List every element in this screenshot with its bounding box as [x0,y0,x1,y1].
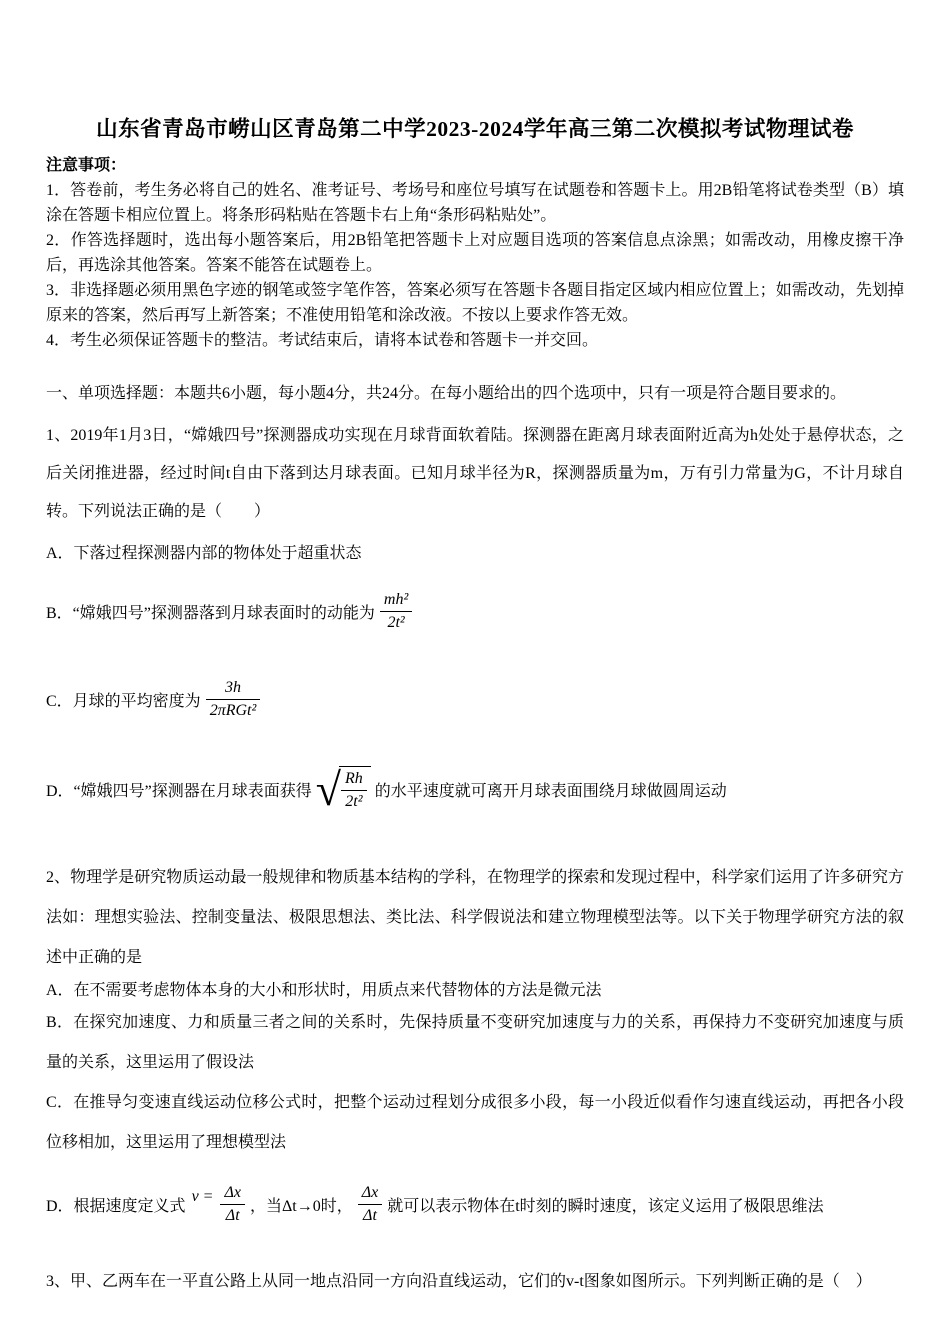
q2-option-d-suffix: 就可以表示物体在t时刻的瞬时速度，该定义运用了极限思维法 [387,1193,823,1216]
q2-option-c: C．在推导匀变速直线运动位移公式时，把整个运动过程划分成很多小段，每一小段近似看… [46,1083,904,1163]
question-3-stem: 3、甲、乙两车在一平直公路上从同一地点沿同一方向沿直线运动，它们的v-t图象如图… [46,1269,904,1295]
q1-option-a: A．下落过程探测器内部的物体处于超重状态 [46,541,904,566]
fraction-denominator: 2t² [380,612,412,633]
fraction-denominator: Δt [358,1205,383,1226]
q1-option-d-suffix: 的水平速度就可离开月球表面围绕月球做圆周运动 [375,778,727,801]
q1-option-b-text: B．“嫦娥四号”探测器落到月球表面时的动能为 [46,600,375,623]
notice-item-4: 4．考生必须保证答题卡的整洁。考试结束后，请将本试卷和答题卡一并交回。 [46,328,904,353]
page-title: 山东省青岛市崂山区青岛第二中学2023-2024学年高三第二次模拟考试物理试卷 [46,0,904,143]
fraction-denominator: Δt [220,1205,245,1226]
question-2-stem: 2、物理学是研究物质运动最一般规律和物质基本结构的学科，在物理学的探索和发现过程… [46,858,904,978]
velocity-definition-lhs: v = [192,1188,214,1206]
exam-paper-page: 山东省青岛市崂山区青岛第二中学2023-2024学年高三第二次模拟考试物理试卷 … [0,0,950,1344]
q2-option-d: D．根据速度定义式 v = Δx Δt ，当Δt→0时， Δx Δt 就可以表示… [46,1175,904,1233]
question-1-stem: 1、2019年1月3日，“嫦娥四号”探测器成功实现在月球背面软着陆。探测器在距离… [46,417,904,531]
fraction-denominator: 2πRGt² [206,700,261,721]
fraction-denominator: 2t² [341,791,367,812]
fraction-numerator: mh² [380,590,412,612]
question-1: 1、2019年1月3日，“嫦娥四号”探测器成功实现在月球背面软着陆。探测器在距离… [46,417,904,824]
q1-option-d-text: D．“嫦娥四号”探测器在月球表面获得 [46,778,312,801]
q2-option-d-text: D．根据速度定义式 [46,1193,186,1216]
q1-option-d: D．“嫦娥四号”探测器在月球表面获得 √ Rh 2t² 的水平速度就可离开月球表… [46,754,904,824]
notice-heading: 注意事项： [46,153,904,178]
q1-option-b: B．“嫦娥四号”探测器落到月球表面时的动能为 mh² 2t² [46,580,904,642]
section-one-heading: 一、单项选择题：本题共6小题，每小题4分，共24分。在每小题给出的四个选项中，只… [46,383,904,405]
notice-section: 注意事项： 1．答卷前，考生务必将自己的姓名、准考证号、考场号和座位号填写在试题… [46,153,904,353]
q2-option-d-mid: ，当Δt→0时， [250,1193,353,1216]
fraction-numerator: 3h [206,678,261,700]
radical-sign-icon: √ [316,769,341,810]
q2-option-d-fraction-2: Δx Δt [358,1183,383,1226]
fraction-numerator: Δx [220,1183,245,1205]
q1-option-c-text: C．月球的平均密度为 [46,688,201,711]
fraction-numerator: Rh [341,769,367,791]
q1-option-d-fraction: Rh 2t² [341,769,367,812]
fraction-numerator: Δx [358,1183,383,1205]
q1-option-c: C．月球的平均密度为 3h 2πRGt² [46,668,904,730]
q2-option-d-fraction-1: Δx Δt [220,1183,245,1226]
question-2: 2、物理学是研究物质运动最一般规律和物质基本结构的学科，在物理学的探索和发现过程… [46,858,904,1233]
q1-option-c-fraction: 3h 2πRGt² [206,678,261,721]
sqrt-body: Rh 2t² [339,766,371,812]
question-3: 3、甲、乙两车在一平直公路上从同一地点沿同一方向沿直线运动，它们的v-t图象如图… [46,1269,904,1295]
notice-item-1: 1．答卷前，考生务必将自己的姓名、准考证号、考场号和座位号填写在试题卷和答题卡上… [46,178,904,228]
notice-item-2: 2．作答选择题时，选出每小题答案后，用2B铅笔把答题卡上对应题目选项的答案信息点… [46,228,904,278]
notice-item-3: 3．非选择题必须用黑色字迹的钢笔或签字笔作答，答案必须写在答题卡各题目指定区域内… [46,278,904,328]
q2-option-b: B．在探究加速度、力和质量三者之间的关系时，先保持质量不变研究加速度与力的关系，… [46,1003,904,1083]
q1-option-b-fraction: mh² 2t² [380,590,412,633]
square-root-expression: √ Rh 2t² [316,766,371,812]
q2-option-a: A．在不需要考虑物体本身的大小和形状时，用质点来代替物体的方法是微元法 [46,978,904,1003]
